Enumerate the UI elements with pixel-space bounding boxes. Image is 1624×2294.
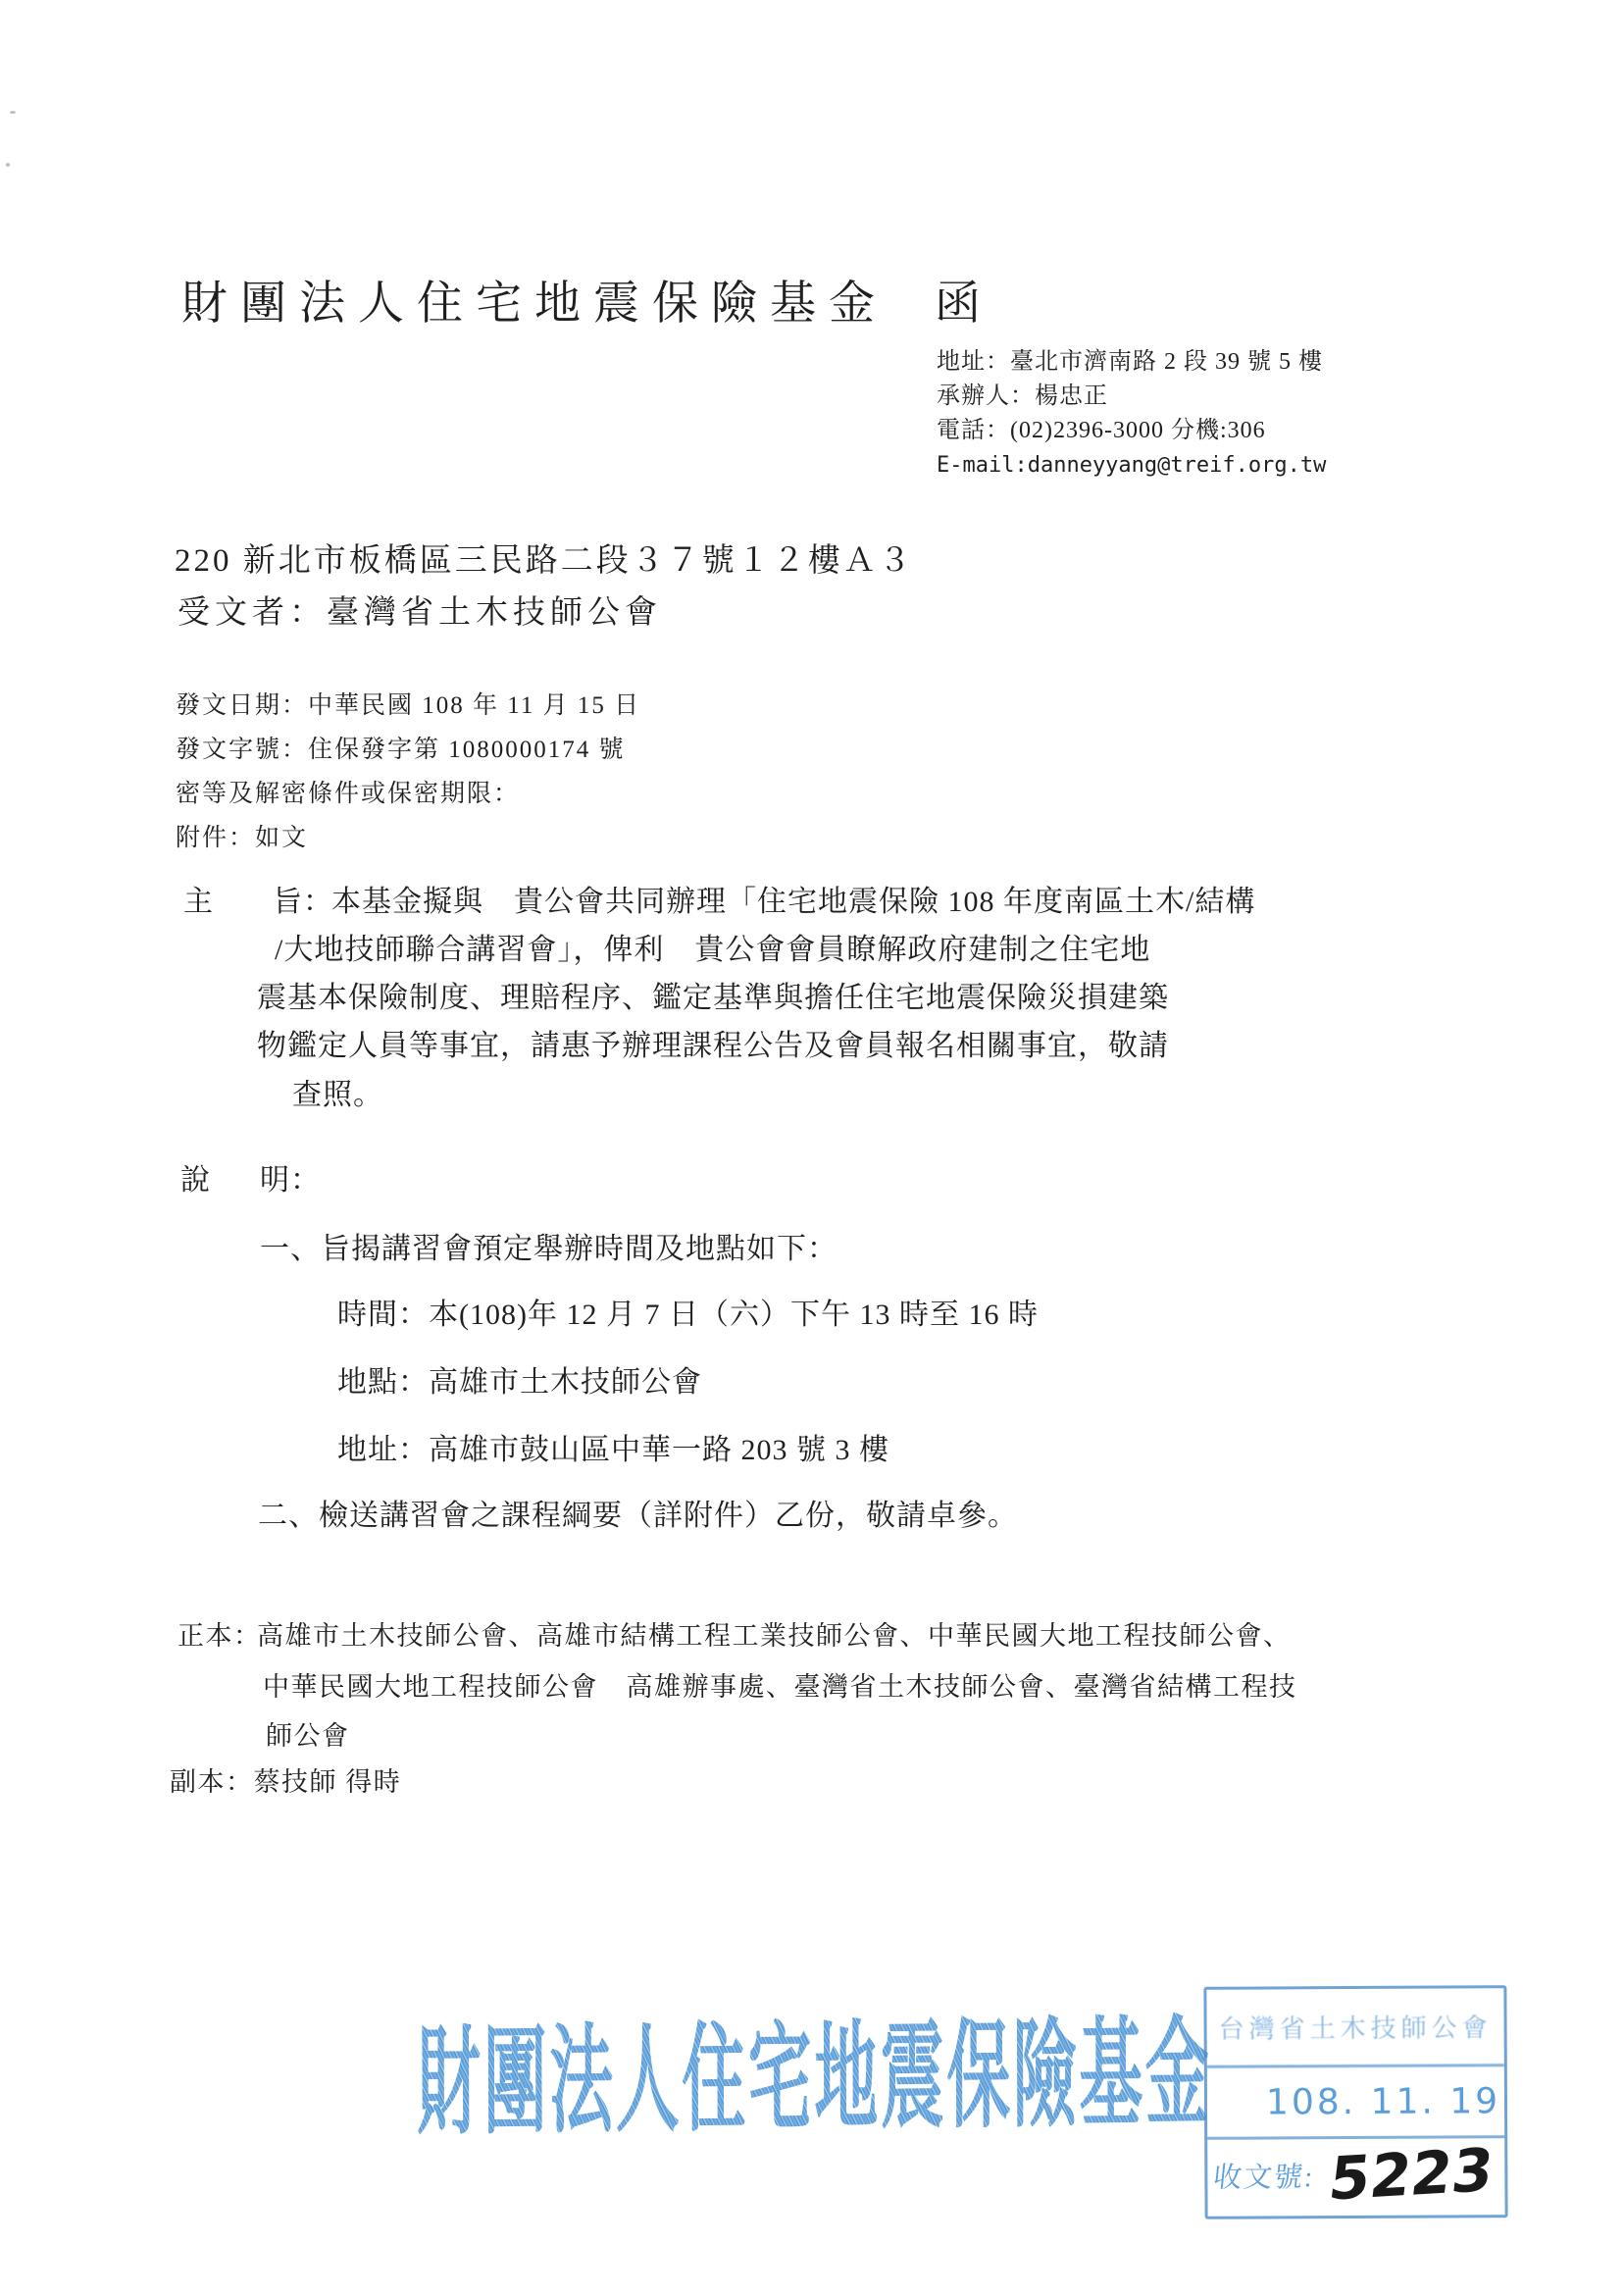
subject-line: /大地技師聯合講習會」，俾利 貴公會會員瞭解政府建制之住宅地 [275, 925, 1150, 968]
carbon-copy-line: 副本：蔡技師 得時 [170, 1760, 401, 1799]
subject-line: 物鑑定人員等事宜，請惠予辦理課程公告及會員報名相關事宜，敬請 [257, 1021, 1169, 1064]
receipt-number-row: 收文號: 5223 [1207, 2138, 1504, 2217]
doc-number: 發文字號：住保發字第 1080000174 號 [176, 728, 640, 772]
attachment-note: 附件：如文 [176, 816, 640, 860]
subject-line: 本基金擬與 貴公會共同辦理「住宅地震保險 108 年度南區土木/結構 [331, 877, 1255, 920]
scan-artifact [6, 163, 10, 167]
original-copy-label: 正本： [178, 1614, 262, 1653]
sender-address: 地址：臺北市濟南路 2 段 39 號 5 樓 [937, 345, 1326, 380]
issuer-seal-stamp: 財團法人住宅地震保險基金 [417, 1979, 1212, 2158]
event-venue: 地點：高雄市土木技師公會 [337, 1357, 702, 1401]
recipient-postal-address: 220 新北市板橋區三民路二段３７號１２樓Ａ３ [175, 535, 914, 581]
receipt-number-handwritten: 5223 [1325, 2136, 1497, 2215]
receipt-number-label: 收文號: [1211, 2155, 1316, 2196]
subject-line: 震基本保險制度、理賠程序、鑑定基準與擔任住宅地震保險災損建築 [257, 973, 1169, 1016]
description-item-2: 二、檢送講習會之課程綱要（詳附件）乙份，敬請卓參。 [258, 1491, 1018, 1534]
receipt-stamp-box: 台灣省土木技師公會 108. 11. 19 收文號: 5223 [1203, 1985, 1507, 2219]
doc-type-label: 函 [935, 279, 981, 330]
original-copy-line: 師公會 [266, 1714, 350, 1753]
letter-title: 財團法人住宅地震保險基金函 [181, 267, 981, 332]
sender-contact-person: 承辦人：楊忠正 [937, 380, 1326, 414]
document-meta-block: 發文日期：中華民國 108 年 11 月 15 日 發文字號：住保發字第 108… [176, 684, 640, 860]
event-address: 地址：高雄市鼓山區中華一路 203 號 3 樓 [337, 1425, 889, 1468]
sender-phone: 電話：(02)2396-3000 分機:306 [937, 414, 1326, 448]
letter-page: 財團法人住宅地震保險基金函 地址：臺北市濟南路 2 段 39 號 5 樓 承辦人… [0, 0, 1624, 2294]
issuer-name: 財團法人住宅地震保險基金 [181, 279, 888, 330]
sender-email: E-mail:danneyyang@treif.org.tw [937, 448, 1326, 483]
original-copy-line: 高雄市土木技師公會、高雄市結構工程工業技師公會、中華民國大地工程技師公會、 [257, 1614, 1292, 1653]
classification: 密等及解密條件或保密期限： [176, 772, 640, 816]
subject-label: 主 [183, 877, 214, 920]
receipt-stamp-org: 台灣省土木技師公會 [1206, 1988, 1503, 2068]
original-copy-line: 中華民國大地工程技師公會 高雄辦事處、臺灣省土木技師公會、臺灣省結構工程技 [263, 1665, 1297, 1704]
scan-artifact [10, 111, 16, 114]
description-heading: 說 [180, 1155, 211, 1198]
recipient-name: 受文者：臺灣省土木技師公會 [178, 586, 662, 633]
description-item-1: 一、旨揭講習會預定舉辦時間及地點如下： [260, 1224, 837, 1267]
issue-date: 發文日期：中華民國 108 年 11 月 15 日 [176, 684, 640, 728]
subject-line: 查照。 [292, 1070, 383, 1113]
receipt-stamp-date: 108. 11. 19 [1207, 2066, 1504, 2140]
description-heading: 明： [260, 1155, 321, 1198]
event-time: 時間：本(108)年 12 月 7 日（六）下午 13 時至 16 時 [337, 1290, 1039, 1333]
subject-label: 旨： [273, 877, 333, 920]
sender-info-block: 地址：臺北市濟南路 2 段 39 號 5 樓 承辦人：楊忠正 電話：(02)23… [937, 345, 1326, 483]
